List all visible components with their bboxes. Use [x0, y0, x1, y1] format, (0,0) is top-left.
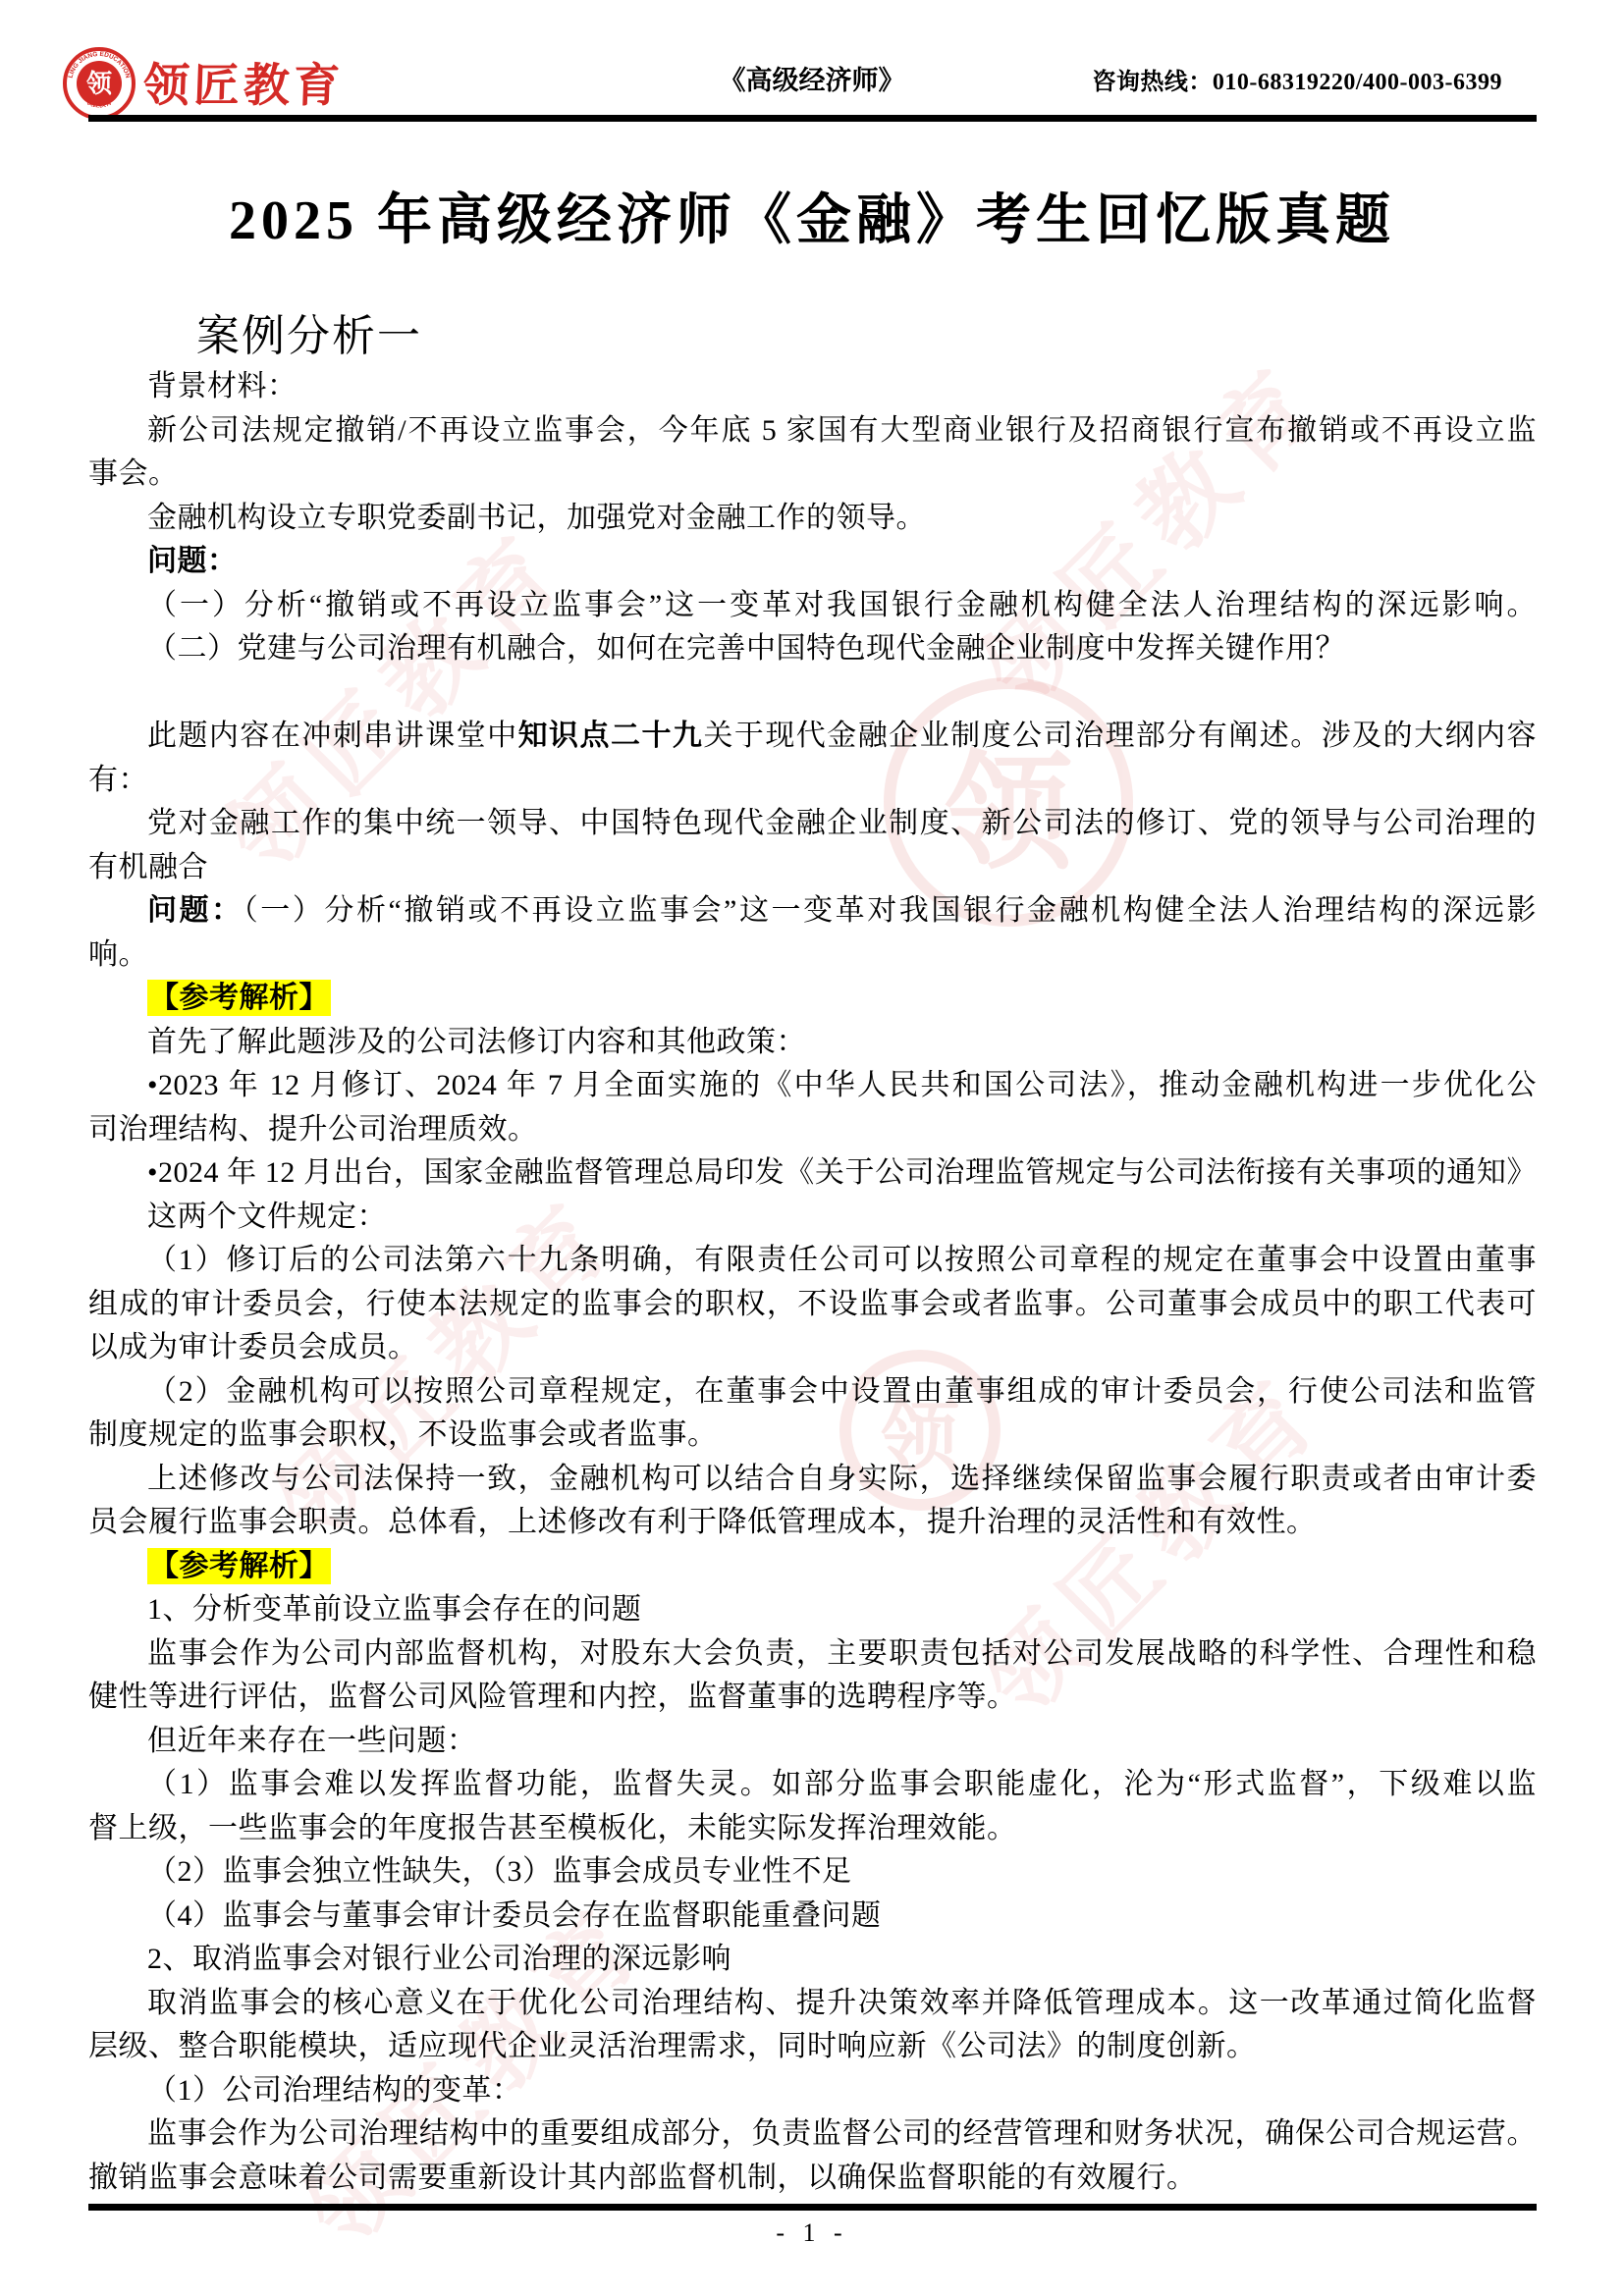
text-line: 2、取消监事会对银行业公司治理的深远影响	[88, 1938, 1537, 1982]
text-run: 员会履行监事会职责。总体看，上述修改有利于降低管理成本，提升治理的灵活性和有效性…	[88, 1506, 1317, 1538]
text-line: 1、分析变革前设立监事会存在的问题	[88, 1588, 1537, 1632]
text-run: （1）公司治理结构的变革：	[147, 2074, 522, 2107]
text-run: •2024 年 12 月出台，国家金融监督管理总局印发《关于公司治理监管规定与公…	[147, 1156, 1537, 1189]
text-run: 以成为审计委员会成员。	[88, 1331, 418, 1363]
text-line: 【参考解析】	[88, 1545, 1537, 1589]
highlight-label: 【参考解析】	[147, 1548, 331, 1584]
text-line: 监事会作为公司内部监督机构，对股东大会负责，主要职责包括对公司发展战略的科学性、…	[88, 1632, 1537, 1677]
text-line: 有：	[88, 759, 1537, 803]
document-title: 2025 年高级经济师《金融》考生回忆版真题	[0, 177, 1624, 255]
text-run: （一）分析“撤销或不再设立监事会”这一变革对我国银行金融机构健全法人治理结构的深…	[147, 589, 1537, 621]
text-run: •2023 年 12 月修订、2024 年 7 月全面实施的《中华人民共和国公司…	[147, 1069, 1537, 1101]
text-line: 问题：	[88, 540, 1537, 584]
text-run: （一）分析“撤销或不再设立监事会”这一变革对我国银行金融机构健全法人治理结构的深…	[244, 894, 1537, 927]
text-run: （2）监事会独立性缺失，（3）监事会成员专业性不足	[147, 1855, 852, 1888]
text-run: （2）金融机构可以按照公司章程规定，在董事会中设置由董事组成的审计委员会，行使公…	[147, 1375, 1537, 1408]
text-line: 响。	[88, 934, 1537, 978]
text-line: 有机融合	[88, 846, 1537, 890]
text-line: 【参考解析】	[88, 977, 1537, 1021]
text-run: （1）修订后的公司法第六十九条明确，有限责任公司可以按照公司章程的规定在董事会中…	[147, 1244, 1537, 1276]
text-line: （1）修订后的公司法第六十九条明确，有限责任公司可以按照公司章程的规定在董事会中…	[88, 1239, 1537, 1283]
text-run: 事会。	[88, 457, 179, 490]
text-run: 党对金融工作的集中统一领导、中国特色现代金融企业制度、新公司法的修订、党的领导与…	[147, 807, 1537, 839]
text-run: 2、取消监事会对银行业公司治理的深远影响	[147, 1943, 731, 1975]
text-line: 监事会作为公司治理结构中的重要组成部分，负责监督公司的经营管理和财务状况，确保公…	[88, 2112, 1537, 2157]
text-line: 以成为审计委员会成员。	[88, 1326, 1537, 1370]
bold-text: 知识点二十九	[518, 720, 704, 752]
text-line: 此题内容在冲刺串讲课堂中知识点二十九关于现代金融企业制度公司治理部分有阐述。涉及…	[88, 715, 1537, 759]
text-run: 关于现代金融企业制度公司治理部分有阐述。涉及的大纲内容	[703, 720, 1537, 752]
text-line: 员会履行监事会职责。总体看，上述修改有利于降低管理成本，提升治理的灵活性和有效性…	[88, 1501, 1537, 1545]
document-page: 领匠教育 领匠教育 领匠教育 领匠教育 领匠教育 领 领 领 LING JIAN…	[0, 0, 1624, 2296]
text-run: 有机融合	[88, 851, 208, 883]
text-line: 问题：（一）分析“撤销或不再设立监事会”这一变革对我国银行金融机构健全法人治理结…	[88, 889, 1537, 934]
text-run: 层级、整合职能模块，适应现代企业灵活治理需求，同时响应新《公司法》的制度创新。	[88, 2030, 1257, 2062]
text-run: 督上级，一些监事会的年度报告甚至模板化，未能实际发挥治理效能。	[88, 1812, 1017, 1844]
bold-text: 问题：	[147, 545, 238, 577]
text-run: 组成的审计委员会，行使本法规定的监事会的职权，不设监事会或者监事。公司董事会成员…	[88, 1288, 1537, 1320]
text-line: 层级、整合职能模块，适应现代企业灵活治理需求，同时响应新《公司法》的制度创新。	[88, 2025, 1537, 2069]
text-line: 新公司法规定撤销/不再设立监事会，今年底 5 家国有大型商业银行及招商银行宣布撤…	[88, 409, 1537, 454]
text-line: 司治理结构、提升公司治理质效。	[88, 1108, 1537, 1152]
text-line: （1）监事会难以发挥监督功能，监督失灵。如部分监事会职能虚化，沦为“形式监督”，…	[88, 1763, 1537, 1807]
text-run: 这两个文件规定：	[147, 1201, 387, 1233]
text-line: （1）公司治理结构的变革：	[88, 2069, 1537, 2113]
text-line: （二）党建与公司治理有机融合，如何在完善中国特色现代金融企业制度中发挥关键作用？	[88, 627, 1537, 671]
text-line: （4）监事会与董事会审计委员会存在监督职能重叠问题	[88, 1895, 1537, 1939]
text-line: 背景材料：	[88, 365, 1537, 409]
text-line: （一）分析“撤销或不再设立监事会”这一变革对我国银行金融机构健全法人治理结构的深…	[88, 584, 1537, 628]
text-run: 但近年来存在一些问题：	[147, 1725, 477, 1757]
text-run: 监事会作为公司治理结构中的重要组成部分，负责监督公司的经营管理和财务状况，确保公…	[147, 2117, 1537, 2150]
text-run: 响。	[88, 938, 148, 971]
text-run: 新公司法规定撤销/不再设立监事会，今年底 5 家国有大型商业银行及招商银行宣布撤…	[147, 414, 1537, 447]
text-run: 有：	[88, 764, 148, 796]
text-line: 组成的审计委员会，行使本法规定的监事会的职权，不设监事会或者监事。公司董事会成员…	[88, 1283, 1537, 1327]
text-line: 督上级，一些监事会的年度报告甚至模板化，未能实际发挥治理效能。	[88, 1807, 1537, 1851]
text-line: 党对金融工作的集中统一领导、中国特色现代金融企业制度、新公司法的修订、党的领导与…	[88, 802, 1537, 846]
text-run: 1、分析变革前设立监事会存在的问题	[147, 1593, 642, 1626]
section-heading: 案例分析一	[196, 300, 422, 363]
text-run: 健性等进行评估，监督公司风险管理和内控，监督董事的选聘程序等。	[88, 1681, 1017, 1713]
text-run: 背景材料：	[147, 370, 298, 402]
text-line: （2）监事会独立性缺失，（3）监事会成员专业性不足	[88, 1850, 1537, 1895]
text-line: 事会。	[88, 453, 1537, 497]
text-line: （2）金融机构可以按照公司章程规定，在董事会中设置由董事组成的审计委员会，行使公…	[88, 1370, 1537, 1415]
text-line: 首先了解此题涉及的公司法修订内容和其他政策：	[88, 1021, 1537, 1065]
text-run: （4）监事会与董事会审计委员会存在监督职能重叠问题	[147, 1899, 882, 1932]
text-line: 这两个文件规定：	[88, 1196, 1537, 1240]
text-line: 健性等进行评估，监督公司风险管理和内控，监督董事的选聘程序等。	[88, 1676, 1537, 1720]
text-line: •2023 年 12 月修订、2024 年 7 月全面实施的《中华人民共和国公司…	[88, 1064, 1537, 1108]
text-run: 司治理结构、提升公司治理质效。	[88, 1113, 538, 1146]
text-run: 首先了解此题涉及的公司法修订内容和其他政策：	[147, 1026, 806, 1058]
text-line: 但近年来存在一些问题：	[88, 1720, 1537, 1764]
text-run: 此题内容在冲刺串讲课堂中	[147, 720, 518, 752]
text-run: （二）党建与公司治理有机融合，如何在完善中国特色现代金融企业制度中发挥关键作用？	[147, 632, 1345, 665]
bold-text: 问题：	[147, 894, 244, 927]
text-line: 上述修改与公司法保持一致，金融机构可以结合自身实际，选择继续保留监事会履行职责或…	[88, 1458, 1537, 1502]
footer-rule	[88, 2204, 1537, 2211]
text-run: 撤销监事会意味着公司需要重新设计其内部监督机制，以确保监督职能的有效履行。	[88, 2162, 1197, 2194]
text-run: 制度规定的监事会职权，不设监事会或者监事。	[88, 1418, 718, 1451]
header-rule	[88, 115, 1537, 122]
page-number: - 1 -	[0, 2218, 1624, 2248]
text-line: 金融机构设立专职党委副书记，加强党对金融工作的领导。	[88, 497, 1537, 541]
header-hotline: 咨询热线：010-68319220/400-003-6399	[1092, 62, 1502, 96]
text-line: 撤销监事会意味着公司需要重新设计其内部监督机制，以确保监督职能的有效履行。	[88, 2157, 1537, 2201]
blank-line	[88, 671, 1537, 716]
text-run: 金融机构设立专职党委副书记，加强党对金融工作的领导。	[147, 502, 926, 534]
text-run: 上述修改与公司法保持一致，金融机构可以结合自身实际，选择继续保留监事会履行职责或…	[147, 1463, 1537, 1495]
text-line: 取消监事会的核心意义在于优化公司治理结构、提升决策效率并降低管理成本。这一改革通…	[88, 1982, 1537, 2026]
text-line: •2024 年 12 月出台，国家金融监督管理总局印发《关于公司治理监管规定与公…	[88, 1151, 1537, 1196]
highlight-label: 【参考解析】	[147, 980, 331, 1016]
text-run: 取消监事会的核心意义在于优化公司治理结构、提升决策效率并降低管理成本。这一改革通…	[147, 1987, 1537, 2019]
text-run: （1）监事会难以发挥监督功能，监督失灵。如部分监事会职能虚化，沦为“形式监督”，…	[147, 1768, 1537, 1800]
document-body: 背景材料：新公司法规定撤销/不再设立监事会，今年底 5 家国有大型商业银行及招商…	[88, 365, 1537, 2200]
text-run: 监事会作为公司内部监督机构，对股东大会负责，主要职责包括对公司发展战略的科学性、…	[147, 1637, 1537, 1670]
text-line: 制度规定的监事会职权，不设监事会或者监事。	[88, 1414, 1537, 1458]
